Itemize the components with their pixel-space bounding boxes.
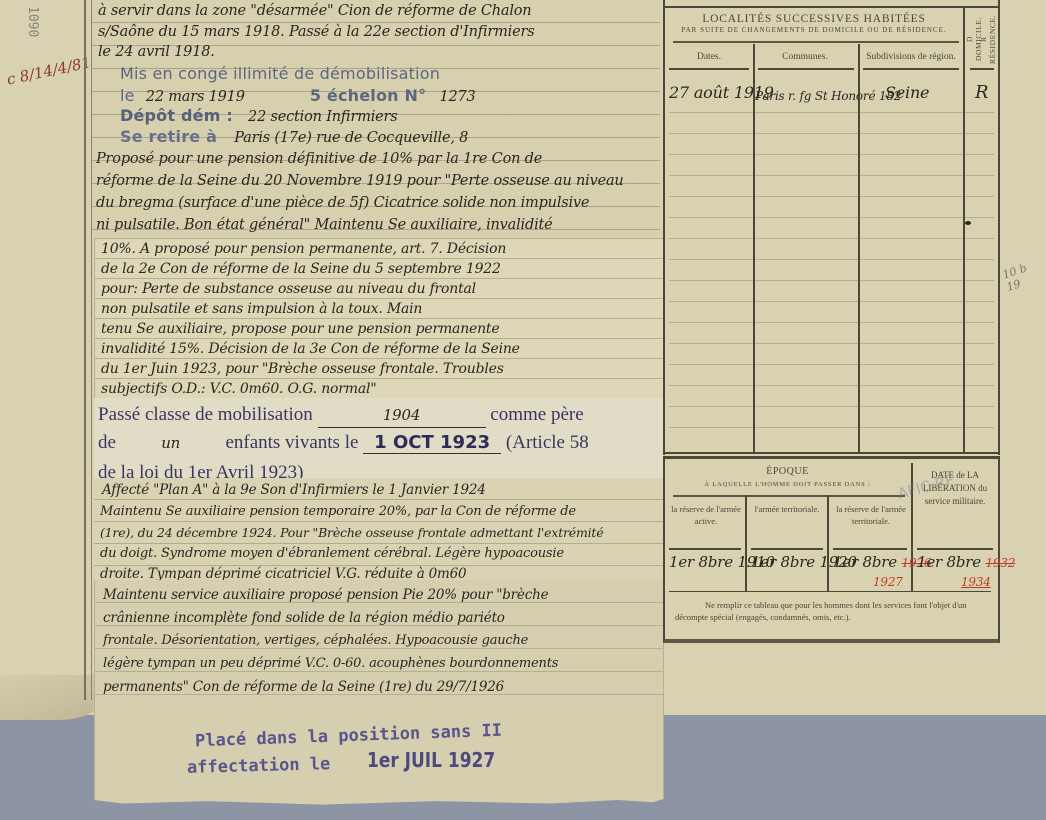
label-enfants-vivants: enfants vivants le bbox=[225, 432, 358, 453]
header-rule bbox=[673, 41, 959, 43]
label-echelon: 5 échelon N° bbox=[310, 86, 427, 105]
retire-line: Se retire à Paris (17e) rue de Cocquevil… bbox=[120, 127, 468, 150]
slip-line: Maintenu service auxiliaire proposé pens… bbox=[103, 584, 548, 606]
header-underline bbox=[833, 548, 907, 550]
column-header-subdivisions: Subdivisions de région. bbox=[859, 52, 963, 62]
residence-rows-ruling bbox=[669, 92, 994, 447]
residence-type: R bbox=[975, 82, 988, 105]
header-underline bbox=[917, 548, 993, 550]
depot-value: 22 section Infirmiers bbox=[248, 109, 398, 125]
header-rule bbox=[673, 495, 905, 497]
epoch-table-subtitle: À LAQUELLE L'HOMME DOIT PASSER DANS : bbox=[665, 481, 910, 488]
mobilisation-class-value: 1904 bbox=[318, 404, 486, 428]
slip-line: crânienne incomplète fond solide de la r… bbox=[103, 607, 505, 629]
handwritten-line: du bregma (surface d'une pièce de 5f) Ci… bbox=[96, 192, 589, 215]
demob-stamp-line: Mis en congé illimité de démobilisation bbox=[120, 64, 440, 83]
side-header-residence: R RÉSIDENCE. bbox=[979, 14, 993, 64]
header-underline bbox=[863, 68, 959, 70]
service-record-column: à servir dans la zone "désarmée" Cion de… bbox=[92, 0, 660, 240]
handwritten-line: ni pulsatile. Bon état général" Maintenu… bbox=[96, 214, 553, 237]
residence-commune: Paris r. fg St Honoré 182 bbox=[755, 85, 901, 108]
header-underline bbox=[751, 548, 823, 550]
pasted-slip-position: Maintenu service auxiliaire proposé pens… bbox=[94, 580, 664, 808]
pasted-slip-affectation: Affecté "Plan A" à la 9e Son d'Infirmier… bbox=[94, 478, 664, 588]
slip-line: subjectifs O.D.: V.C. 0m60. O.G. normal" bbox=[101, 379, 377, 399]
echelon-number: 1273 bbox=[439, 89, 475, 105]
epoch-table-title: ÉPOQUE bbox=[665, 466, 910, 477]
header-underline bbox=[669, 548, 741, 550]
retire-address: Paris (17e) rue de Cocqueville, 8 bbox=[234, 130, 468, 146]
header-underline bbox=[758, 68, 854, 70]
handwritten-line: le 24 avril 1918. bbox=[98, 41, 215, 64]
slip-line: légère tympan un peu déprimé V.C. 0-60. … bbox=[103, 653, 558, 675]
handwritten-line: Proposé pour une pension définitive de 1… bbox=[96, 148, 542, 171]
slip-line: (1re), du 24 décembre 1924. Pour "Brèche… bbox=[100, 522, 603, 543]
position-stamp-line-1: Placé dans la position sans II bbox=[195, 721, 503, 752]
slip-line: pour: Perte de substance osseuse au nive… bbox=[101, 279, 476, 299]
pasted-slip-mobilisation: Passé classe de mobilisation 1904 comme … bbox=[94, 398, 664, 488]
label-de: de bbox=[98, 432, 116, 453]
mobilisation-line-2: de un enfants vivants le 1 OCT 1923 (Art… bbox=[98, 432, 589, 455]
column-header-reserve-territoriale: la réserve de l'armée territoriale. bbox=[829, 503, 913, 527]
handwritten-line: à servir dans la zone "désarmée" Cion de… bbox=[98, 0, 531, 23]
residence-table-title: LOCALITÉS SUCCESSIVES HABITÉES bbox=[665, 13, 963, 25]
slip-line: Maintenu Se auxiliaire pension temporair… bbox=[100, 501, 576, 522]
label-passe-classe: Passé classe de mobilisation bbox=[98, 404, 313, 425]
reserve-territoriale-prefix: 1er 8bre bbox=[833, 553, 897, 571]
liberation-struck-year: 1932 bbox=[986, 556, 1016, 570]
children-count: un bbox=[121, 432, 221, 455]
ink-dot bbox=[965, 221, 971, 225]
handwritten-line: réforme de la Seine du 20 Novembre 1919 … bbox=[96, 170, 624, 193]
demob-date: 22 mars 1919 bbox=[146, 89, 245, 105]
column-header-dates: Dates. bbox=[669, 52, 749, 62]
column-header-reserve-active: la réserve de l'armée active. bbox=[667, 503, 745, 527]
slip-line: permanents" Con de réforme de la Seine (… bbox=[103, 676, 504, 698]
date-stamp-juil-1927: 1er JUIL 1927 bbox=[367, 748, 495, 772]
label-le: le bbox=[120, 86, 135, 105]
side-header-domicile: D DOMICILE. bbox=[965, 14, 979, 64]
residence-subdivision: Seine bbox=[885, 82, 929, 105]
sheet-number: 1090 bbox=[25, 6, 40, 37]
depot-line: Dépôt dém : 22 section Infirmiers bbox=[120, 106, 398, 129]
slip-line: du 1er Juin 1923, pour "Brèche osseuse f… bbox=[101, 359, 504, 379]
slip-line: Affecté "Plan A" à la 9e Son d'Infirmier… bbox=[102, 480, 486, 501]
row-bottom-rule bbox=[669, 591, 991, 592]
mobilisation-line-1: Passé classe de mobilisation 1904 comme … bbox=[98, 404, 584, 428]
column-divider bbox=[827, 495, 829, 591]
header-underline bbox=[669, 68, 749, 70]
position-stamp-line-2: affectation le bbox=[187, 754, 331, 778]
slip-line: 10%. A proposé pour pension permanente, … bbox=[101, 239, 506, 259]
epoch-table-note: Ne remplir ce tableau que pour les homme… bbox=[675, 599, 990, 623]
residence-table-subtitle: PAR SUITE DE CHANGEMENTS DE DOMICILE OU … bbox=[665, 26, 963, 34]
column-divider bbox=[745, 495, 747, 591]
column-header-communes: Communes. bbox=[753, 52, 857, 62]
page-frame-line bbox=[84, 0, 92, 700]
slip-line: invalidité 15%. Décision de la 3e Con de… bbox=[101, 339, 520, 359]
table-bottom-rule bbox=[665, 452, 998, 454]
residence-table: LOCALITÉS SUCCESSIVES HABITÉES PAR SUITE… bbox=[663, 0, 1000, 455]
slip-line: frontale. Désorientation, vertiges, céph… bbox=[103, 630, 528, 652]
label-se-retire: Se retire à bbox=[120, 127, 217, 146]
slip-line: du doigt. Syndrome moyen d'ébranlement c… bbox=[100, 543, 564, 564]
header-underline bbox=[970, 68, 994, 70]
label-comme-pere: comme père bbox=[490, 404, 583, 425]
column-header-territoriale: l'armée territoriale. bbox=[747, 503, 827, 515]
slip-line: de la 2e Con de réforme de la Seine du 5… bbox=[101, 259, 501, 279]
pasted-slip-pension: 10%. A proposé pour pension permanente, … bbox=[94, 238, 666, 402]
slip-line: tenu Se auxiliaire, propose pour une pen… bbox=[101, 319, 499, 339]
date-stamp-oct-1923: 1 OCT 1923 bbox=[363, 432, 501, 454]
label-depot: Dépôt dém : bbox=[120, 106, 233, 125]
label-article: (Article 58 bbox=[506, 432, 589, 453]
table-top-rule bbox=[665, 6, 998, 8]
slip-line: non pulsatile et sans impulsion à la tou… bbox=[101, 299, 422, 319]
liberation-prefix: 1er 8bre bbox=[917, 553, 981, 571]
